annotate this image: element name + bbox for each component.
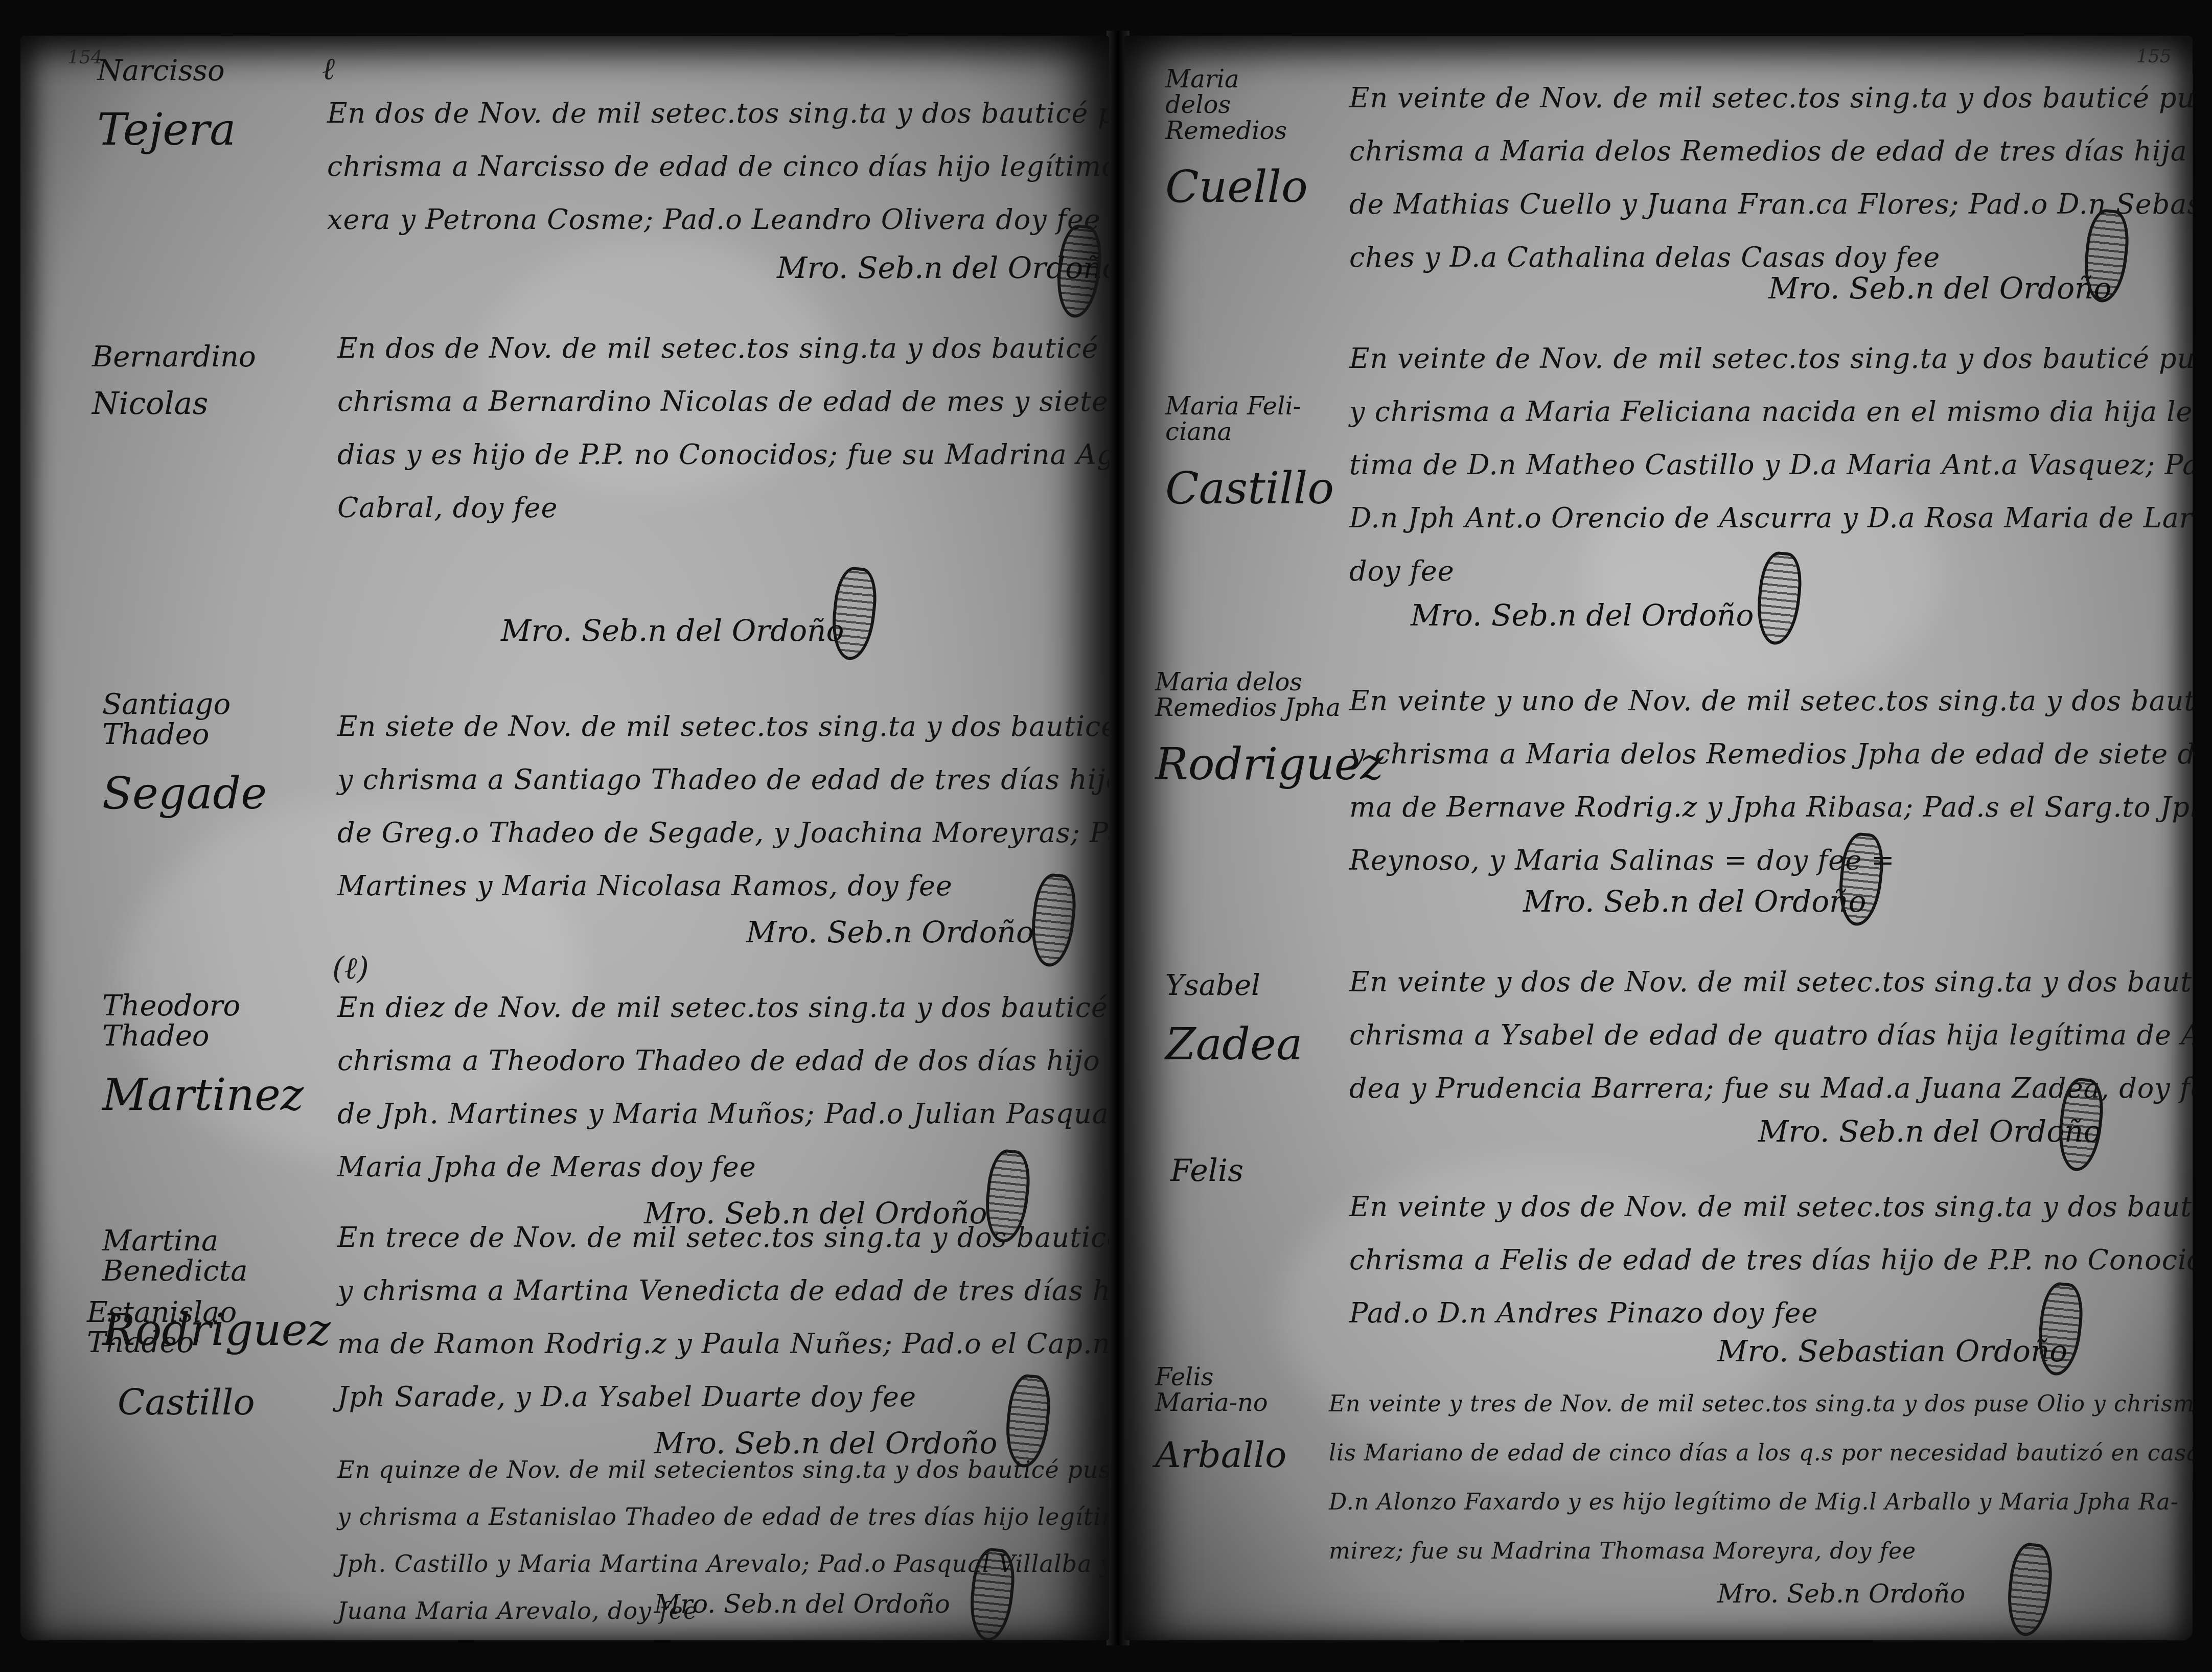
margin-name: Estanislao Thadeo Castillo xyxy=(87,1298,255,1421)
margin-name: Felis Maria-no Arballo xyxy=(1155,1364,1286,1474)
margin-name: Theodoro Thadeo Martinez xyxy=(102,991,304,1118)
child-surname: Zadea xyxy=(1165,1021,1302,1067)
priest-signature: Mro. Seb.n Ordoño xyxy=(746,915,1034,949)
child-given-name: Martina Benedicta xyxy=(102,1224,248,1288)
child-surname: Tejera xyxy=(97,107,236,153)
priest-signature: Mro. Seb.n del Ordoño xyxy=(1768,271,2111,306)
child-given-name: Felis Maria-no xyxy=(1155,1363,1268,1417)
margin-name: Felis xyxy=(1170,1134,1243,1187)
child-given-name: Bernardino xyxy=(92,340,256,374)
entry-text: En veinte de Nov. de mil setec.tos sing.… xyxy=(1349,72,2193,284)
priest-signature: Mro. Seb.n del Ordoño xyxy=(654,1589,950,1619)
margin-name: Santiago Thadeo Segade xyxy=(102,690,267,817)
child-surname: Arballo xyxy=(1155,1436,1286,1474)
open-register-book: 154 Narcisso Tejera ℓ En dos de Nov. de … xyxy=(0,0,2212,1672)
left-page: 154 Narcisso Tejera ℓ En dos de Nov. de … xyxy=(20,36,1109,1640)
entry-text: En siete de Nov. de mil setec.tos sing.t… xyxy=(337,700,1109,913)
child-surname: Martinez xyxy=(102,1072,304,1118)
priest-signature: Mro. Seb.n Ordoño xyxy=(1717,1579,1965,1609)
margin-name: Maria Feli-ciana Castillo xyxy=(1165,393,1334,512)
child-given-name: Narcisso xyxy=(97,54,225,87)
priest-signature: Mro. Seb.n del Ordoño xyxy=(1758,1114,2101,1149)
entry-marker: ℓ xyxy=(322,51,335,87)
entry-text: En dos de Nov. de mil setec.tos sing.ta … xyxy=(337,322,1109,535)
entry-text: En trece de Nov. de mil setec.tos sing.t… xyxy=(337,1211,1109,1424)
child-surname: Castillo xyxy=(1165,466,1334,512)
child-given-name: Maria delos Remedios xyxy=(1165,65,1287,145)
child-surname: Castillo xyxy=(118,1384,255,1422)
margin-name: Maria delos Remedios Cuello xyxy=(1165,66,1308,210)
child-surname: Segade xyxy=(102,771,267,817)
priest-signature: Mro. Seb.n del Ordoño xyxy=(1523,884,1866,919)
entry-text: En veinte y tres de Nov. de mil setec.to… xyxy=(1329,1380,2193,1576)
child-surname: Felis xyxy=(1170,1155,1243,1187)
priest-signature: Mro. Sebastian Ordoño xyxy=(1717,1334,2067,1368)
child-given-name: Maria Feli-ciana xyxy=(1165,392,1301,446)
right-page: 155 Maria delos Remedios Cuello En veint… xyxy=(1124,36,2193,1640)
child-given-name: Estanislao Thadeo xyxy=(87,1296,237,1359)
child-surname: Cuello xyxy=(1165,164,1308,210)
margin-name: Narcisso Tejera xyxy=(97,56,236,153)
margin-name: Bernardino Nicolas xyxy=(92,342,256,420)
child-surname: Nicolas xyxy=(92,388,256,420)
priest-signature: Mro. Seb.n del Ordoño xyxy=(1411,598,1754,633)
priest-signature: Mro. Seb.n del Ordoño xyxy=(501,613,844,648)
child-given-name: Theodoro Thadeo xyxy=(102,989,240,1053)
child-given-name: Ysabel xyxy=(1165,969,1260,1002)
folio-number: 155 xyxy=(2136,46,2172,67)
child-given-name: Santiago Thadeo xyxy=(102,688,231,751)
entry-text: En dos de Nov. de mil setec.tos sing.ta … xyxy=(327,87,1109,246)
margin-name: Ysabel Zadea xyxy=(1165,971,1302,1067)
entry-text: En veinte y uno de Nov. de mil setec.tos… xyxy=(1349,675,2193,887)
child-given-name: Maria delos Remedios Jpha xyxy=(1155,668,1341,722)
